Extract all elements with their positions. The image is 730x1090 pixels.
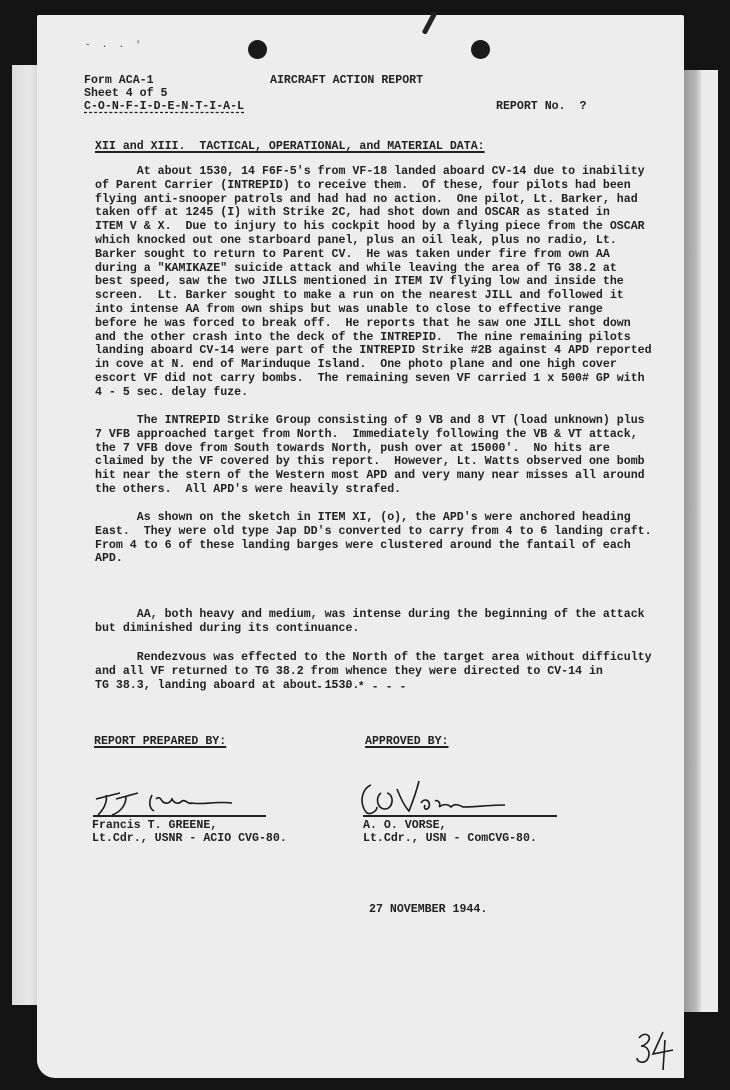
paragraph-2: The INTREPID Strike Group consisting of … — [95, 414, 665, 497]
signature-vorse — [355, 775, 515, 819]
preparer-rank: Lt.Cdr., USNR - ACIO CVG-80. — [92, 832, 287, 846]
pen-mark — [422, 11, 438, 35]
approved-by-label: APPROVED BY: — [365, 735, 449, 749]
paragraph-1: At about 1530, 14 F6F-5's from VF-18 lan… — [95, 165, 665, 400]
punch-hole-icon — [471, 40, 490, 59]
svg-text:34: 34 — [635, 1030, 637, 1031]
paragraph-4: AA, both heavy and medium, was intense d… — [95, 608, 665, 636]
punch-hole-icon — [248, 40, 267, 59]
sheet-number: Sheet 4 of 5 — [84, 87, 168, 101]
back-sheet-right-edge — [684, 70, 718, 1012]
prepared-by-label: REPORT PREPARED BY: — [94, 735, 226, 749]
report-date: 27 NOVEMBER 1944. — [369, 903, 487, 917]
preparer-name: Francis T. GREENE, — [92, 819, 217, 833]
report-number: REPORT No. ? — [496, 100, 586, 114]
approver-rank: Lt.Cdr., USN - ComCVG-80. — [363, 832, 537, 846]
section-separator: - - - * - - - — [316, 681, 406, 695]
handwritten-page-number: 34 — [635, 1030, 675, 1074]
signature-line-approved — [363, 815, 557, 817]
signature-line-prepared — [93, 815, 266, 817]
stray-marks: - . . ' — [85, 40, 144, 50]
paragraph-3: As shown on the sketch in ITEM XI, (o), … — [95, 511, 665, 566]
approver-name: A. O. VORSE, — [363, 819, 447, 833]
form-number: Form ACA-1 — [84, 74, 154, 88]
document-page: - . . ' Form ACA-1 AIRCRAFT ACTION REPOR… — [37, 15, 684, 1078]
classification-mark: C-O-N-F-I-D-E-N-T-I-A-L — [84, 100, 244, 114]
report-title: AIRCRAFT ACTION REPORT — [270, 74, 423, 88]
signature-greene — [92, 785, 242, 819]
section-heading: XII and XIII. TACTICAL, OPERATIONAL, and… — [95, 140, 485, 154]
